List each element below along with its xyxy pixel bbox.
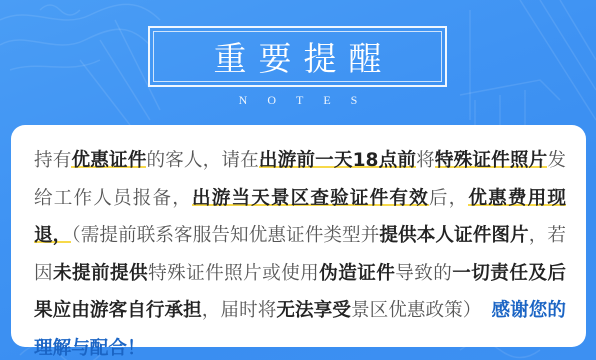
notice-segment: 将 bbox=[416, 150, 435, 171]
notice-segment: 的客人，请在 bbox=[146, 150, 258, 171]
bold-term: 提供本人证件图片 bbox=[379, 225, 528, 246]
notice-segment: 特殊证件照片或使用 bbox=[148, 263, 319, 284]
title-frame: 重要提醒 bbox=[148, 26, 447, 87]
notice-segment: ，届时将 bbox=[202, 300, 277, 321]
notice-card: 持有优惠证件的客人，请在出游前一天18点前将特殊证件照片发给工作人员报备，出游当… bbox=[11, 125, 586, 347]
highlighted-term: 优惠证件 bbox=[71, 150, 146, 171]
bold-term: 无法享受 bbox=[276, 300, 351, 321]
notice-text: 持有优惠证件的客人，请在出游前一天18点前将特殊证件照片发给工作人员报备，出游当… bbox=[34, 142, 566, 360]
page-subtitle: NOTES bbox=[0, 93, 596, 108]
notice-segment: 后， bbox=[429, 188, 469, 209]
highlighted-term: 出游前一天18点前 bbox=[259, 150, 416, 171]
highlighted-term: 特殊证件照片 bbox=[435, 150, 547, 171]
notice-segment: 持有 bbox=[34, 150, 71, 171]
notice-segment: 景区优惠政策） bbox=[351, 300, 482, 321]
notice-segment: 导致的 bbox=[395, 263, 452, 284]
page-title: 重要提醒 bbox=[150, 28, 445, 85]
notice-segment: （需提前联系客服告知优惠证件类型并 bbox=[71, 225, 379, 246]
highlighted-term: 出游当天景区查验证件有效 bbox=[192, 188, 429, 209]
bold-term: 伪造证件 bbox=[319, 263, 395, 284]
bold-term: 未提前提供 bbox=[53, 263, 148, 284]
